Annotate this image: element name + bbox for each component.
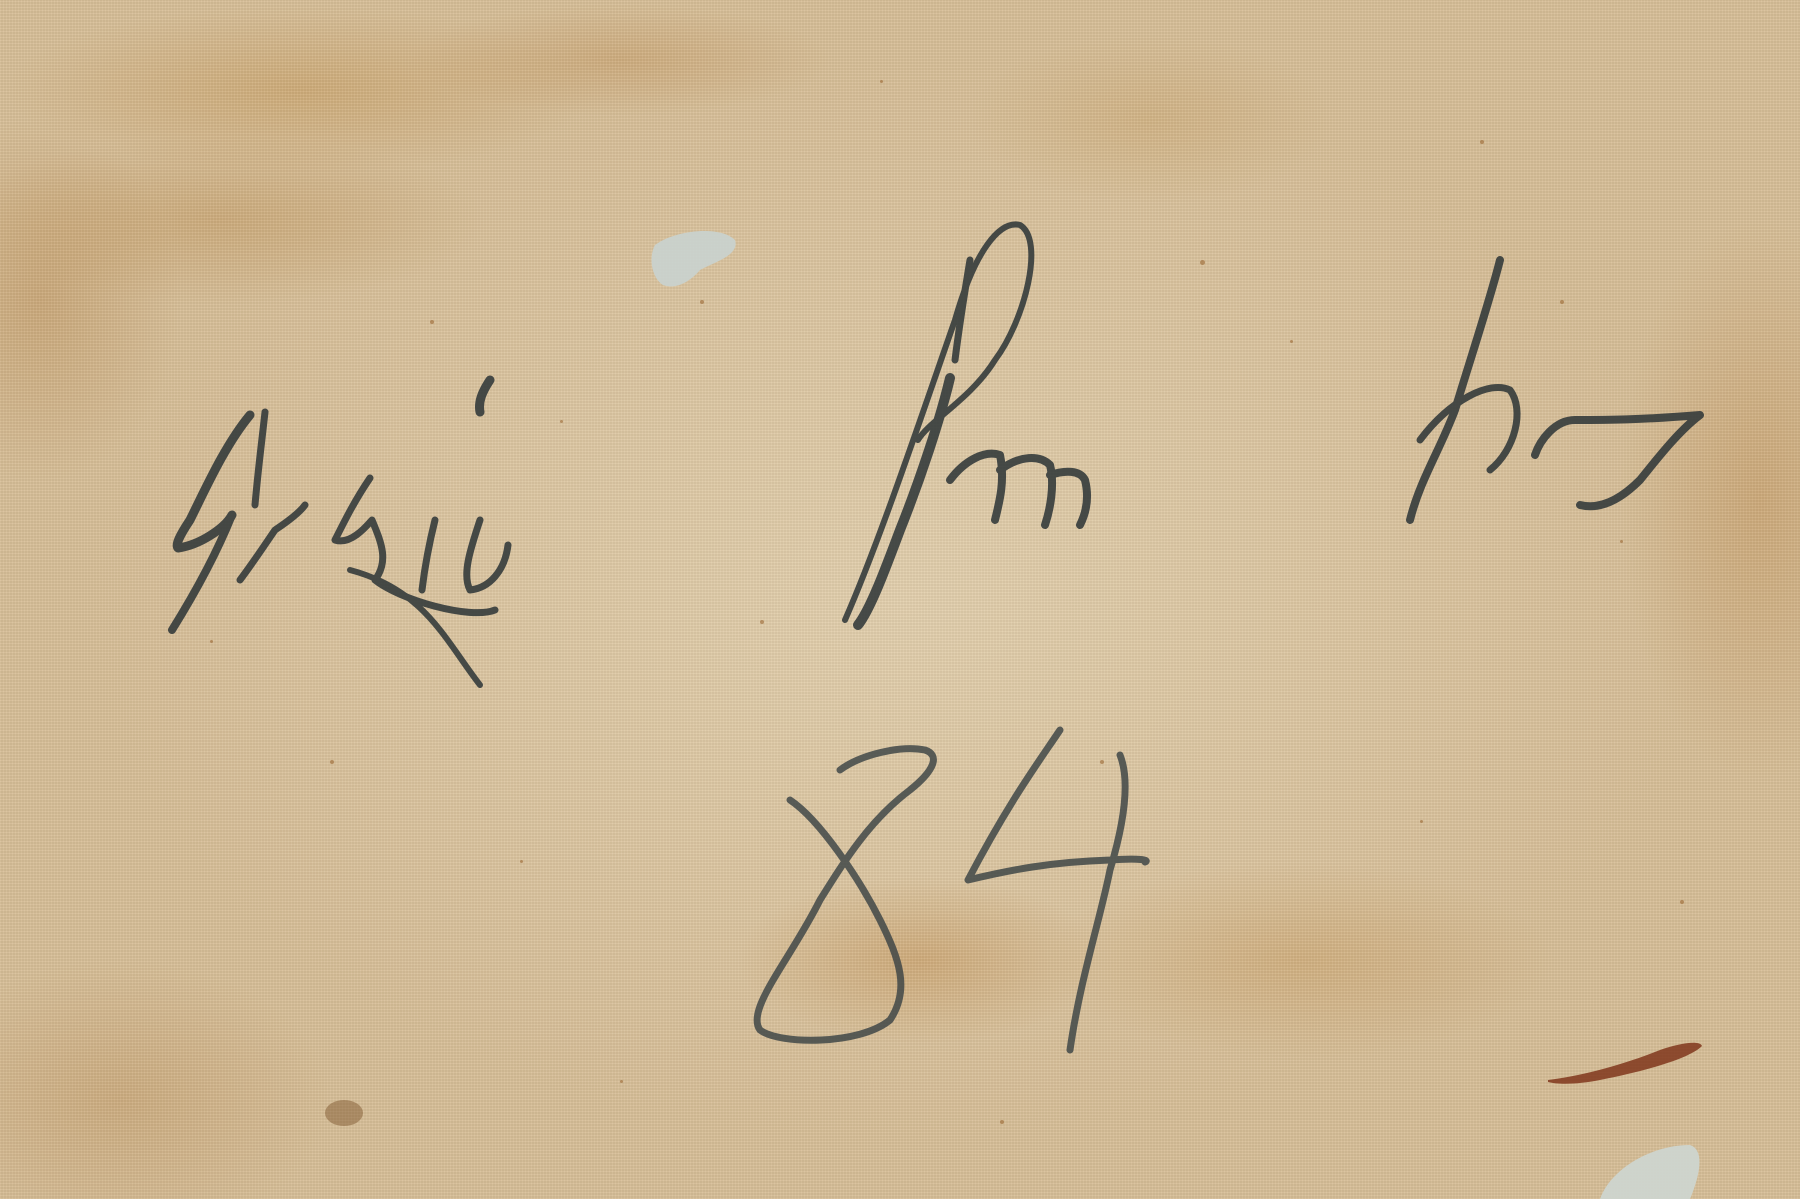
signature-stroke — [467, 520, 508, 590]
signature-stroke — [240, 505, 305, 580]
signature-stroke — [950, 454, 1002, 520]
signature-stroke — [255, 412, 265, 505]
year-digit-4 — [1070, 755, 1125, 1050]
signature-stroke — [422, 520, 435, 590]
signature-stroke — [1000, 458, 1052, 525]
signature-drawing — [0, 0, 1800, 1199]
paint-fleck — [652, 231, 736, 287]
signature-stroke — [350, 570, 480, 685]
signature-stroke — [177, 415, 250, 548]
signature-stroke — [479, 380, 490, 412]
signature-stroke — [858, 378, 950, 625]
aged-canvas-background: Signature (illegible cursive) 84 — [0, 0, 1800, 1199]
year-digit-8 — [757, 749, 933, 1041]
paint-fleck — [1600, 1145, 1699, 1199]
signature-stroke — [1535, 415, 1700, 506]
rust-mark — [1548, 1043, 1702, 1084]
